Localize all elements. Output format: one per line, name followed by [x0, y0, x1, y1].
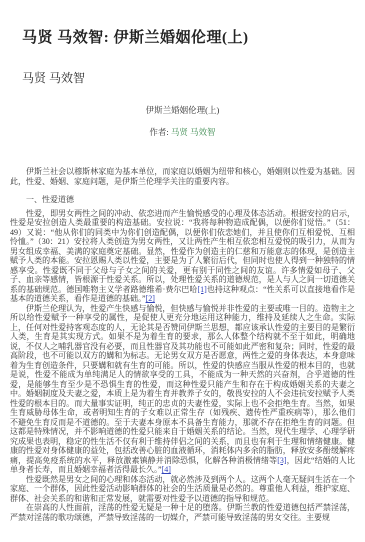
author-name-link[interactable]: 马贤 马效智	[171, 127, 216, 137]
paragraph-text: 一、性爱道德	[26, 195, 74, 204]
body-paragraph: 伊斯兰社会以穆斯林家庭为基本单位，而家庭以婚姻为纽带和核心，婚姻则以性爱为基础。…	[10, 167, 355, 186]
author-line: 作者: 马贤 马效智	[0, 126, 365, 138]
paragraph-text: 伊斯兰伦理认为，性爱产生快感与愉悦，但快感与愉悦并非性爱的主要或唯一目的。造物主…	[10, 304, 355, 465]
article-body: 伊斯兰社会以穆斯林家庭为基本单位，而家庭以婚姻为纽带和核心，婚姻则以性爱为基础。…	[10, 167, 355, 522]
paragraph-text: 性爱既然是男女之间的心理和体态活动，就必然涉及到两个人。这两个人毫无疑问生活在一…	[10, 475, 355, 503]
body-paragraph: 伊斯兰伦理认为，性爱产生快感与愉悦，但快感与愉悦并非性爱的主要或唯一目的。造物主…	[10, 304, 355, 475]
body-paragraph: 性爱，即男女两性之间的冲动、依恋进而产生愉悦感受的心理及体态活动。根据安拉的启示…	[10, 209, 355, 304]
author-label: 作者:	[149, 127, 171, 137]
body-paragraph: 在崇高的人性面前，淫荡的性爱无疑是一种十足的堕落。伊斯兰教的性爱道德包括严禁淫荡…	[10, 503, 355, 522]
page-title: 马贤 马效智: 伊斯兰婚姻伦理(上)	[22, 26, 343, 47]
footnote-ref-link[interactable]: [2]	[146, 294, 155, 303]
footnote-ref-link[interactable]: [3]	[277, 456, 286, 465]
document-page: 马贤 马效智: 伊斯兰婚姻伦理(上) 马贤 马效智 伊斯兰婚姻伦理(上) 作者:…	[0, 26, 365, 542]
paragraph-text: 性爱，即男女两性之间的冲动、依恋进而产生愉悦感受的心理及体态活动。根据安拉的启示…	[10, 209, 355, 294]
paragraph-text: 在崇高的人性面前，淫荡的性爱无疑是一种十足的堕落。伊斯兰教的性爱道德包括严禁淫荡…	[10, 503, 355, 522]
footnote-ref-link[interactable]: [4]	[162, 465, 171, 474]
byline: 马贤 马效智	[22, 69, 343, 86]
document-subtitle: 伊斯兰婚姻伦理(上)	[0, 104, 365, 116]
footnote-ref-link[interactable]: [1]	[197, 285, 206, 294]
body-paragraph: 性爱既然是男女之间的心理和体态活动，就必然涉及到两个人。这两个人毫无疑问生活在一…	[10, 475, 355, 504]
section-heading: 一、性爱道德	[10, 195, 355, 205]
paragraph-text: 伊斯兰社会以穆斯林家庭为基本单位，而家庭以婚姻为纽带和核心，婚姻则以性爱为基础。…	[10, 167, 355, 186]
